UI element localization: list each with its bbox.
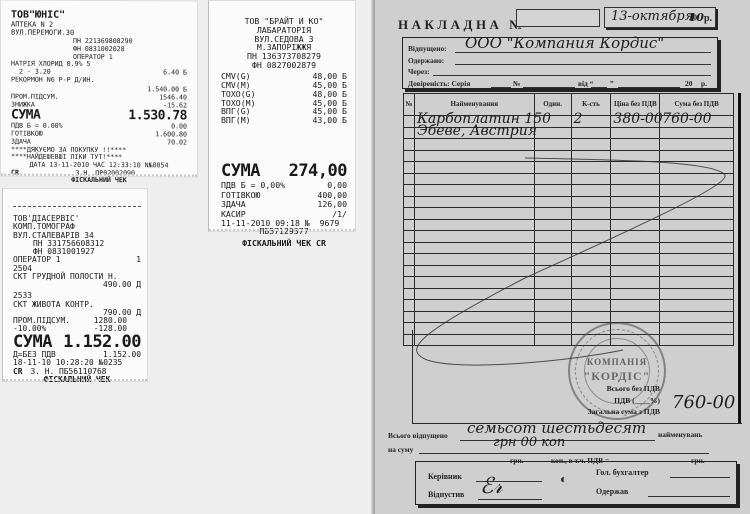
cell-no[interactable]: [404, 162, 415, 174]
perforation: [209, 229, 355, 231]
cell-qty[interactable]: [571, 288, 611, 300]
item-amount: 43,00 Б: [312, 116, 347, 124]
item-code: 2533: [13, 292, 32, 300]
cashier-value: /1/: [332, 210, 347, 218]
change-value: 126,00: [317, 200, 347, 208]
cell-price[interactable]: [611, 311, 660, 323]
cell-no[interactable]: [404, 139, 415, 151]
cell-price[interactable]: [611, 231, 660, 243]
table-row: [404, 219, 734, 231]
table-row: [404, 254, 734, 266]
cell-name[interactable]: [414, 265, 534, 277]
proxy-quote: ”: [610, 79, 614, 88]
table-row: [404, 208, 734, 220]
cell-unit[interactable]: [534, 173, 571, 185]
chief-accountant-signature-field[interactable]: [670, 477, 730, 478]
cell-price[interactable]: [611, 173, 660, 185]
vat-label: ПДВ Б = 0,00%: [221, 181, 285, 189]
cell-no[interactable]: [404, 277, 415, 289]
cell-no[interactable]: [404, 300, 415, 312]
receipt-fn: ФН 0827002879: [252, 60, 316, 70]
change-label: ЗДАЧА: [11, 138, 31, 145]
cell-unit[interactable]: [534, 288, 571, 300]
subtotal-value: 1546.40: [159, 94, 187, 101]
proxy-label: Довіреність: Серія: [408, 79, 470, 88]
change-value: 70.02: [167, 139, 187, 146]
item-name: CMV(M): [221, 81, 251, 89]
perforation: [3, 379, 147, 381]
total-label: СУМА: [13, 334, 52, 351]
cell-name[interactable]: [414, 185, 534, 197]
cell-sum[interactable]: [660, 139, 734, 151]
vat-value: 0.00: [171, 124, 187, 131]
cell-price[interactable]: [611, 300, 660, 312]
cell-unit[interactable]: [534, 150, 571, 162]
total-no-vat-label: Всього без ПДВ: [607, 384, 660, 393]
cell-price[interactable]: [611, 139, 660, 151]
cell-no[interactable]: [404, 265, 415, 277]
cell-name[interactable]: Эбеве, Австрия: [414, 127, 534, 139]
cell-sum[interactable]: [660, 185, 734, 197]
received-field[interactable]: [455, 64, 711, 65]
cell-sum[interactable]: [660, 288, 734, 300]
receipt-laboratory: ТОВ "БРАЙТ И КО" ЛАБАРАТОРІЯ ВУЛ.СЕДОВА …: [208, 0, 356, 232]
cell-qty[interactable]: [571, 231, 611, 243]
cell-name[interactable]: [414, 277, 534, 289]
total-value: 1.530.78: [128, 110, 187, 123]
cell-sum[interactable]: [660, 173, 734, 185]
cell-qty[interactable]: [571, 300, 611, 312]
cell-no[interactable]: [404, 208, 415, 220]
cell-no[interactable]: [404, 254, 415, 266]
cell-name[interactable]: [414, 242, 534, 254]
cell-unit[interactable]: [534, 300, 571, 312]
sum-value[interactable]: грн 00 коп: [493, 435, 565, 450]
released-by-label: Відпустив: [428, 490, 464, 499]
table-row: [404, 231, 734, 243]
cashier-label: КАСИР: [221, 210, 246, 218]
cr-logo-icon: CR: [13, 368, 23, 376]
cell-qty[interactable]: [571, 208, 611, 220]
cell-price[interactable]: [611, 288, 660, 300]
year-handwritten: 10: [689, 11, 704, 24]
table-row: [404, 242, 734, 254]
released-by-signature-field[interactable]: [478, 499, 542, 500]
receipt-fn: ФН 0831002028: [73, 46, 125, 53]
column-header: №: [404, 94, 415, 116]
signatures-box: Керівник Відпустив ℰ𝓇 ◐ Гол. бухгалтер О…: [415, 461, 737, 505]
cell-price[interactable]: [611, 127, 660, 139]
cell-no[interactable]: [404, 116, 415, 128]
cell-name[interactable]: [414, 139, 534, 151]
invoice-header-box: Відпущено: ООО "Компания Кордис" Одержан…: [402, 37, 718, 89]
proxy-year: 20: [685, 79, 692, 88]
item-detail: 2 · 3.20: [11, 69, 51, 76]
invoice-number-field[interactable]: [516, 9, 600, 27]
item-name: TOXO(G): [221, 90, 256, 98]
receipt-footer: ФІСКАЛЬНИЙ ЧЕК: [71, 176, 127, 184]
cell-qty[interactable]: [571, 139, 611, 151]
cell-price[interactable]: [611, 254, 660, 266]
cell-sum[interactable]: [660, 150, 734, 162]
cell-unit[interactable]: [534, 196, 571, 208]
table-row: [404, 173, 734, 185]
cell-unit[interactable]: [534, 139, 571, 151]
total-value: 274,00: [289, 163, 347, 180]
total-label: СУМА: [11, 109, 40, 122]
cell-no[interactable]: [404, 196, 415, 208]
chief-accountant-label: Гол. бухгалтер: [596, 468, 649, 477]
seal-mark-icon: ◐: [560, 472, 567, 487]
cell-sum[interactable]: [660, 208, 734, 220]
cell-sum[interactable]: 760-00: [660, 116, 734, 128]
table-row: [404, 185, 734, 197]
cash-label: ГОТІВКОЮ: [221, 191, 260, 199]
cell-name[interactable]: [414, 288, 534, 300]
year-suffix: р.: [704, 13, 712, 24]
cell-qty[interactable]: [571, 196, 611, 208]
item-amount: 6.40 Б: [163, 69, 187, 76]
cell-no[interactable]: [404, 242, 415, 254]
cell-sum[interactable]: [660, 277, 734, 289]
manager-label: Керівник: [428, 472, 462, 481]
total-with-vat-value[interactable]: 760-00: [672, 392, 735, 413]
item-name: СКТ ГРУДНОЙ ПОЛОСТИ Н.: [13, 273, 118, 281]
company-stamp: КОМПАНІЯ "КОРДІС": [568, 322, 666, 420]
received-by-signature-field[interactable]: [648, 496, 730, 497]
received-label: Одержано:: [408, 56, 444, 65]
cell-name[interactable]: [414, 219, 534, 231]
cell-unit[interactable]: [534, 242, 571, 254]
discount-value: -15.62: [163, 102, 187, 109]
cell-qty[interactable]: [571, 265, 611, 277]
change-label: ЗДАЧА: [221, 200, 246, 208]
proxy-year-suffix: р.: [701, 79, 707, 88]
cr-logo-icon: CR: [316, 238, 326, 248]
cell-name[interactable]: [414, 173, 534, 185]
cell-unit[interactable]: [534, 116, 571, 128]
table-row: [404, 277, 734, 289]
cell-no[interactable]: [404, 150, 415, 162]
receipt-pharmacy: ТОВ"ЮНІС" АПТЕКА N 2 ВУЛ.ПЕРЕМОГИ.30 ПН …: [0, 0, 198, 178]
cell-no[interactable]: [404, 219, 415, 231]
cell-unit[interactable]: [534, 219, 571, 231]
discount-label: ЗНИЖКА: [11, 101, 35, 108]
cell-qty[interactable]: [571, 311, 611, 323]
cell-price[interactable]: [611, 208, 660, 220]
vat-value: 0,00: [327, 181, 347, 189]
cell-sum[interactable]: [660, 242, 734, 254]
items-label: найменувань: [658, 430, 702, 439]
receipt-datetime: ДАТА 13-11-2010 ЧАС 12:33:10 N№0054: [30, 161, 169, 170]
invoice-title: НАКЛАДНА №: [398, 17, 526, 33]
cell-price[interactable]: [611, 265, 660, 277]
items-table: №НайменуванняОдин.К-стьЦіна без ПДВСума …: [403, 93, 734, 346]
cell-qty[interactable]: [571, 185, 611, 197]
item-amount: 45,00 Б: [312, 81, 347, 89]
cell-price[interactable]: [611, 242, 660, 254]
cell-sum[interactable]: [660, 231, 734, 243]
cell-unit[interactable]: [534, 265, 571, 277]
total-value: 1.152.00: [63, 334, 141, 351]
item-amount: 48,00 Б: [312, 90, 347, 98]
cash-label: ГОТІВКОЮ: [11, 131, 43, 138]
cell-name[interactable]: [414, 150, 534, 162]
cell-sum[interactable]: [660, 127, 734, 139]
cell-price[interactable]: 380-00: [611, 116, 660, 128]
cell-sum[interactable]: [660, 300, 734, 312]
vat-label: ПДВ (____%): [614, 396, 660, 405]
item-name: СКТ ЖИВОТА КОНТР.: [13, 301, 94, 309]
sum-label: на суму: [388, 445, 413, 454]
table-row: [404, 162, 734, 174]
cell-price[interactable]: [611, 150, 660, 162]
cash-value: 1.600.80: [155, 131, 187, 138]
total-with-vat-label: Загальна сума з ПДВ: [588, 407, 660, 416]
table-row: Эбеве, Австрия: [404, 127, 734, 139]
cell-unit[interactable]: [534, 208, 571, 220]
cell-no[interactable]: [404, 173, 415, 185]
proxy-no-label: №: [513, 79, 520, 88]
cell-qty[interactable]: [571, 254, 611, 266]
invoice-date-field[interactable]: 13-октября 20 10р.: [604, 7, 716, 28]
invoice-form: НАКЛАДНА № 13-октября 20 10р. Відпущено:…: [375, 0, 750, 514]
cell-unit[interactable]: [534, 185, 571, 197]
cell-unit[interactable]: [534, 127, 571, 139]
table-row: [404, 139, 734, 151]
operator-number: 1: [136, 256, 141, 264]
total-label: СУМА: [221, 163, 260, 180]
cell-sum[interactable]: [660, 254, 734, 266]
table-row: [404, 288, 734, 300]
item-amount: 1.540.00 Б: [147, 87, 187, 94]
cell-price[interactable]: [611, 196, 660, 208]
date-handwritten: 13-октября: [611, 9, 693, 24]
cell-unit[interactable]: [534, 277, 571, 289]
cell-qty[interactable]: [571, 173, 611, 185]
cell-qty[interactable]: 2: [571, 116, 611, 128]
cell-no[interactable]: [404, 288, 415, 300]
via-label: Через:: [408, 67, 430, 76]
table-row: [404, 265, 734, 277]
cell-qty[interactable]: [571, 277, 611, 289]
cell-price[interactable]: [611, 277, 660, 289]
cell-qty[interactable]: [571, 127, 611, 139]
signature: ℰ𝓇: [480, 474, 503, 499]
released-value[interactable]: ООО "Компания Кордис": [465, 34, 664, 52]
table-row: [404, 196, 734, 208]
receipt-address: ВУЛ.ПЕРЕМОГИ.30: [11, 30, 74, 37]
subtotal-label: ПРОМ.ПІДСУМ.: [11, 94, 59, 101]
cell-no[interactable]: [404, 311, 415, 323]
total-released-label: Всього відпущено: [388, 431, 448, 440]
cell-qty[interactable]: [571, 242, 611, 254]
cell-qty[interactable]: [571, 162, 611, 174]
cell-name[interactable]: [414, 254, 534, 266]
cell-sum[interactable]: [660, 311, 734, 323]
cell-qty[interactable]: [571, 219, 611, 231]
stamp-text: КОМПАНІЯ: [570, 357, 664, 367]
cell-price[interactable]: [611, 219, 660, 231]
received-by-label: Одержав: [596, 487, 628, 496]
receipt-serial: ПБ57129377: [259, 226, 308, 236]
cell-unit[interactable]: [534, 231, 571, 243]
cell-name[interactable]: [414, 196, 534, 208]
cell-no[interactable]: [404, 231, 415, 243]
cash-value: 400,00: [317, 191, 347, 199]
receipt-company: ТОВ"ЮНІС": [11, 11, 65, 21]
cell-name[interactable]: [414, 208, 534, 220]
receipt-footer: ФІСКАЛЬНИЙ ЧЕК: [242, 238, 311, 248]
cell-name[interactable]: [414, 231, 534, 243]
cell-unit[interactable]: [534, 162, 571, 174]
table-row: [404, 300, 734, 312]
cell-sum[interactable]: [660, 162, 734, 174]
item-amount: 490.00 Д: [103, 281, 141, 289]
stamp-text: "КОРДІС": [570, 369, 664, 384]
cell-sum[interactable]: [660, 265, 734, 277]
cell-price[interactable]: [611, 162, 660, 174]
item-name: ВПГ(M): [221, 116, 251, 124]
item-name: РЕКОРМОН N6 Р-Р Д/ИН.: [11, 76, 94, 83]
dashed-divider: [13, 206, 141, 207]
cell-sum[interactable]: [660, 219, 734, 231]
cell-qty[interactable]: [571, 150, 611, 162]
table-row: [404, 311, 734, 323]
cell-name[interactable]: [414, 311, 534, 323]
cell-unit[interactable]: [534, 254, 571, 266]
receipt-tomography: ТОВ'ДІАСЕРВІС' КОМП.ТОМОГРАФ ВУЛ.СТАЛЕВА…: [2, 188, 148, 382]
cell-unit[interactable]: [534, 311, 571, 323]
cell-no[interactable]: [404, 127, 415, 139]
cell-name[interactable]: [414, 300, 534, 312]
cell-no[interactable]: [404, 185, 415, 197]
via-field[interactable]: [433, 75, 711, 76]
table-row: [404, 150, 734, 162]
cell-sum[interactable]: [660, 196, 734, 208]
released-label: Відпущено:: [408, 44, 447, 53]
cell-price[interactable]: [611, 185, 660, 197]
cell-name[interactable]: [414, 162, 534, 174]
